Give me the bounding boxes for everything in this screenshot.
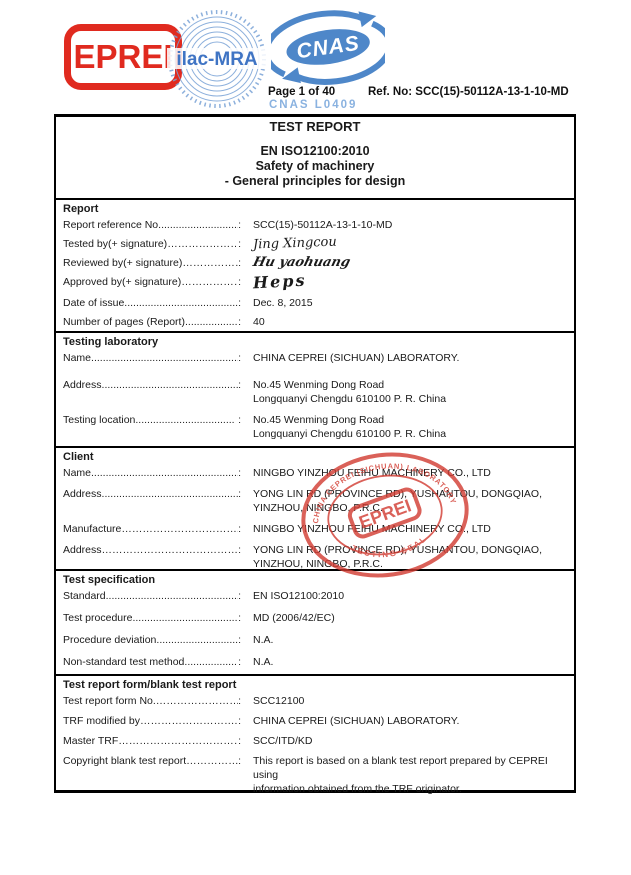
section-header: Testing laboratory	[63, 336, 568, 348]
field-label: Date of issue	[63, 296, 124, 310]
field-row: Number of pages (Report) ...............…	[63, 315, 568, 329]
section-test-specification: Test specification Standard ............…	[56, 569, 574, 674]
field-label: Non-standard test method	[63, 655, 184, 669]
signature-tested-by: Jing Xingcou	[241, 237, 568, 251]
field-label: Name	[63, 466, 91, 480]
field-value: MD (2006/42/EC)	[241, 611, 568, 625]
leader-dots: ........................................…	[124, 296, 238, 310]
field-value: NINGBO YINZHOU FEIHU MACHINERY CO., LTD	[241, 522, 568, 536]
field-label: Testing location	[63, 413, 135, 441]
field-value: YONG LIN RD (PROVINCE RD), YUSHANTOU, DO…	[241, 487, 568, 515]
subtitle-2: - General principles for design	[56, 174, 574, 188]
leader-dots: ........................................…	[106, 589, 238, 603]
leader-dots: ............................	[156, 633, 238, 647]
leader-dots: ..................	[184, 655, 238, 669]
field-value: SCC/ITD/KD	[241, 734, 568, 748]
field-value: YONG LIN RD (PROVINCE RD), YUSHANTOU, DO…	[241, 543, 568, 569]
eprei-logo-text: EPREI	[73, 38, 172, 76]
leader-dots: …………………………………..	[102, 543, 239, 569]
leader-dots: ........................................…	[102, 378, 239, 406]
leader-dots: ………………………..	[140, 714, 238, 728]
leader-dots: ........................................…	[102, 487, 239, 515]
document-page: EPREI ilac-MRA CNAS	[0, 0, 631, 875]
section-client: Client Name ............................…	[56, 446, 574, 569]
ilac-mra-stamp-icon: ilac-MRA	[166, 8, 268, 110]
standard-title: EN ISO12100:2010	[56, 144, 574, 158]
field-label: Address	[63, 378, 102, 406]
field-label: Name.	[63, 351, 94, 365]
field-row: Approved by(+ signature)…………………… : Heps	[63, 275, 568, 291]
leader-dots: ........................................…	[91, 466, 238, 480]
field-value: N.A.	[241, 655, 568, 669]
leader-dots: ........................................…	[94, 351, 238, 365]
subtitle-1: Safety of machinery	[56, 159, 574, 173]
signature-reviewed-by: Hu yaohuang	[241, 256, 568, 270]
field-label: Test report form No.	[63, 694, 156, 708]
leader-dots: ..................................	[135, 413, 238, 441]
field-label: Reviewed by(+ signature)	[63, 256, 182, 270]
section-testing-laboratory: Testing laboratory Name. ...............…	[56, 331, 574, 446]
leader-dots: ……………………………..	[121, 522, 238, 536]
field-row: Test report form No.……………………: SCC12100	[63, 694, 568, 708]
eprei-logo: EPREI	[64, 24, 182, 90]
field-row: Reviewed by(+ signature)……………………..: Hu y…	[63, 256, 568, 270]
field-label: Tested by(+ signature)	[63, 237, 167, 251]
field-label: Manufacture	[63, 522, 121, 536]
field-label: Report reference No.	[63, 218, 161, 232]
field-value: No.45 Wenming Dong Road Longquanyi Cheng…	[241, 413, 568, 441]
page-number: Page 1 of 40	[268, 86, 335, 98]
field-row: Standard ...............................…	[63, 589, 568, 603]
field-row: Name ...................................…	[63, 466, 568, 480]
field-value: CHINA CEPREI (SICHUAN) LABORATORY.	[241, 714, 568, 728]
signature-approved-by: Heps	[241, 275, 568, 291]
field-label: Approved by(+ signature)	[63, 275, 181, 291]
cnas-accreditation-number: CNAS L0409	[269, 99, 357, 111]
document-title: TEST REPORT	[56, 119, 574, 134]
field-row: Address…………………………………..: YONG LIN RD (PRO…	[63, 543, 568, 569]
field-label: Procedure deviation	[63, 633, 156, 647]
title-block: TEST REPORT EN ISO12100:2010 Safety of m…	[56, 117, 574, 198]
field-row: Report reference No. ...................…	[63, 218, 568, 232]
leader-dots: ………………………..	[167, 237, 238, 251]
leader-dots: ……………………	[156, 694, 238, 708]
field-row: Address.................................…	[63, 487, 568, 515]
field-label: Number of pages (Report)	[63, 315, 185, 329]
field-row: Test procedure .........................…	[63, 611, 568, 625]
field-value: EN ISO12100:2010	[241, 589, 568, 603]
report-box: TEST REPORT EN ISO12100:2010 Safety of m…	[54, 114, 576, 793]
leader-dots: ……………………..	[182, 256, 238, 270]
section-header: Client	[63, 451, 568, 463]
section-header: Test report form/blank test report	[63, 679, 568, 691]
leader-dots: ..........................	[185, 315, 238, 329]
field-label: Address	[63, 543, 102, 569]
field-row: Name. ..................................…	[63, 351, 568, 365]
report-ref-no: Ref. No: SCC(15)-50112A-13-1-10-MD	[368, 86, 569, 98]
section-test-report-form: Test report form/blank test report Test …	[56, 674, 574, 795]
field-label: Copyright blank test report	[63, 754, 186, 795]
field-row: Procedure deviation ....................…	[63, 633, 568, 647]
field-label: Address	[63, 487, 102, 515]
leader-dots: ........................................…	[161, 218, 238, 232]
field-value: Dec. 8, 2015	[241, 296, 568, 310]
field-label: Test procedure	[63, 611, 132, 625]
field-label: TRF modified by	[63, 714, 140, 728]
field-value: No.45 Wenming Dong Road Longquanyi Cheng…	[241, 378, 568, 406]
field-value: SCC(15)-50112A-13-1-10-MD	[241, 218, 568, 232]
leader-dots: ……………………………….	[118, 734, 238, 748]
field-row: Copyright blank test report……………: This r…	[63, 754, 568, 795]
field-value: SCC12100	[241, 694, 568, 708]
field-label: Master TRF	[63, 734, 118, 748]
field-row: TRF modified by………………………..: CHINA CEPREI…	[63, 714, 568, 728]
field-value: 40	[241, 315, 568, 329]
field-row: Manufacture……………………………..: NINGBO YINZHOU…	[63, 522, 568, 536]
field-value: N.A.	[241, 633, 568, 647]
field-value: NINGBO YINZHOU FEIHU MACHINERY CO., LTD	[241, 466, 568, 480]
ilac-mra-text: ilac-MRA	[176, 49, 258, 70]
field-value: This report is based on a blank test rep…	[241, 754, 568, 795]
field-row: Testing location .......................…	[63, 413, 568, 441]
cnas-logo-icon: CNAS	[271, 8, 385, 88]
field-row: Tested by(+ signature)………………………..: Jing …	[63, 237, 568, 251]
field-value: CHINA CEPREI (SICHUAN) LABORATORY.	[241, 351, 568, 365]
section-header: Report	[63, 203, 568, 215]
field-row: Master TRF……………………………….: SCC/ITD/KD	[63, 734, 568, 748]
field-row: Address ................................…	[63, 378, 568, 406]
field-row: Date of issue ..........................…	[63, 296, 568, 310]
field-label: Standard	[63, 589, 106, 603]
leader-dots: ……………………	[181, 275, 238, 291]
field-row: Non-standard test method ...............…	[63, 655, 568, 669]
section-header: Test specification	[63, 574, 568, 586]
leader-dots: ……………	[186, 754, 238, 795]
leader-dots: ....................................	[132, 611, 238, 625]
section-report: Report Report reference No. ............…	[56, 198, 574, 331]
